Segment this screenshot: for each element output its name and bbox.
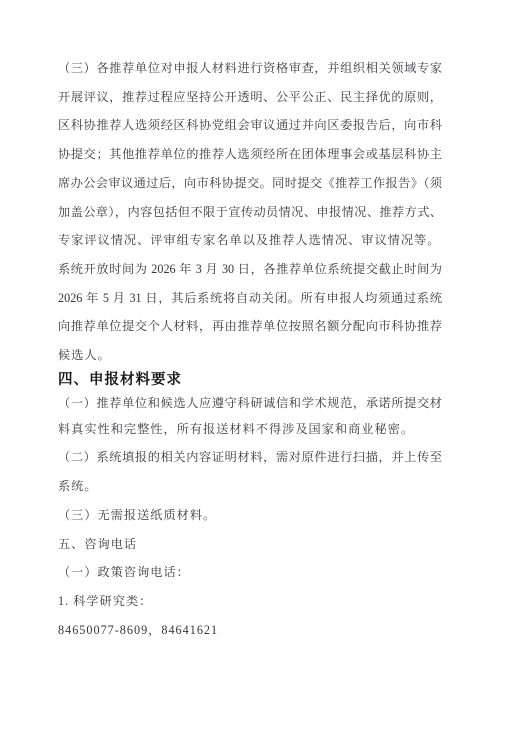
text-line: （二）系统填报的相关内容证明材料，需对原件进行扫描，并上传至	[58, 443, 442, 472]
paragraph-qualification-review: （三）各推荐单位对申报人材料进行资格审查，并组织相关领域专家 开展评议，推荐过程…	[58, 54, 442, 255]
text-line: （三）各推荐单位对申报人材料进行资格审查，并组织相关领域专家	[58, 54, 442, 83]
text-line: 向推荐单位提交个人材料，再由推荐单位按照名额分配向市科协推荐	[58, 312, 442, 341]
paragraph-category-science: 1. 科学研究类：	[58, 587, 442, 616]
text-line: 候选人。	[58, 341, 442, 370]
phone-numbers-text: 84650077-8609，84641621	[58, 616, 442, 645]
paragraph-phone-numbers: 84650077-8609，84641621	[58, 616, 442, 645]
paragraph-materials-item-3: （三）无需报送纸质材料。	[58, 501, 442, 530]
section-heading-text: 四、申报材料要求	[58, 370, 442, 391]
paragraph-materials-item-2: （二）系统填报的相关内容证明材料，需对原件进行扫描，并上传至 系统。	[58, 443, 442, 500]
paragraph-system-schedule: 系统开放时间为 2026 年 3 月 30 日，各推荐单位系统提交截止时间为 2…	[58, 255, 442, 370]
document-content: （三）各推荐单位对申报人材料进行资格审查，并组织相关领域专家 开展评议，推荐过程…	[58, 54, 442, 644]
text-line: 2026 年 5 月 31 日，其后系统将自动关闭。所有申报人均须通过系统	[58, 284, 442, 313]
text-line: （一）推荐单位和候选人应遵守科研诚信和学术规范，承诺所提交材	[58, 391, 442, 415]
text-line: 加盖公章），内容包括但不限于宣传动员情况、申报情况、推荐方式、	[58, 198, 442, 227]
text-line: 系统。	[58, 472, 442, 501]
heading-section-4-materials: 四、申报材料要求	[58, 370, 442, 391]
text-line: 1. 科学研究类：	[58, 587, 442, 616]
text-line: 协提交；其他推荐单位的推荐人选须经所在团体理事会或基层科协主	[58, 140, 442, 169]
text-line: 料真实性和完整性，所有报送材料不得涉及国家和商业秘密。	[58, 415, 442, 444]
paragraph-policy-phone-label: （一）政策咨询电话：	[58, 558, 442, 587]
paragraph-materials-item-1: （一）推荐单位和候选人应遵守科研诚信和学术规范，承诺所提交材 料真实性和完整性，…	[58, 391, 442, 444]
text-line: 区科协推荐人选须经区科协党组会审议通过并向区委报告后，向市科	[58, 111, 442, 140]
text-line: 开展评议，推荐过程应坚持公开透明、公平公正、民主择优的原则，	[58, 83, 442, 112]
text-line: （一）政策咨询电话：	[58, 558, 442, 587]
text-line: （三）无需报送纸质材料。	[58, 501, 442, 530]
text-line: 系统开放时间为 2026 年 3 月 30 日，各推荐单位系统提交截止时间为	[58, 255, 442, 284]
document-page: （三）各推荐单位对申报人材料进行资格审查，并组织相关领域专家 开展评议，推荐过程…	[0, 0, 512, 732]
section-heading-text: 五、咨询电话	[58, 530, 442, 559]
heading-section-5-contact: 五、咨询电话	[58, 530, 442, 559]
text-line: 专家评议情况、评审组专家名单以及推荐人选情况、审议情况等。	[58, 226, 442, 255]
text-line: 席办公会审议通过后，向市科协提交。同时提交《推荐工作报告》（须	[58, 169, 442, 198]
